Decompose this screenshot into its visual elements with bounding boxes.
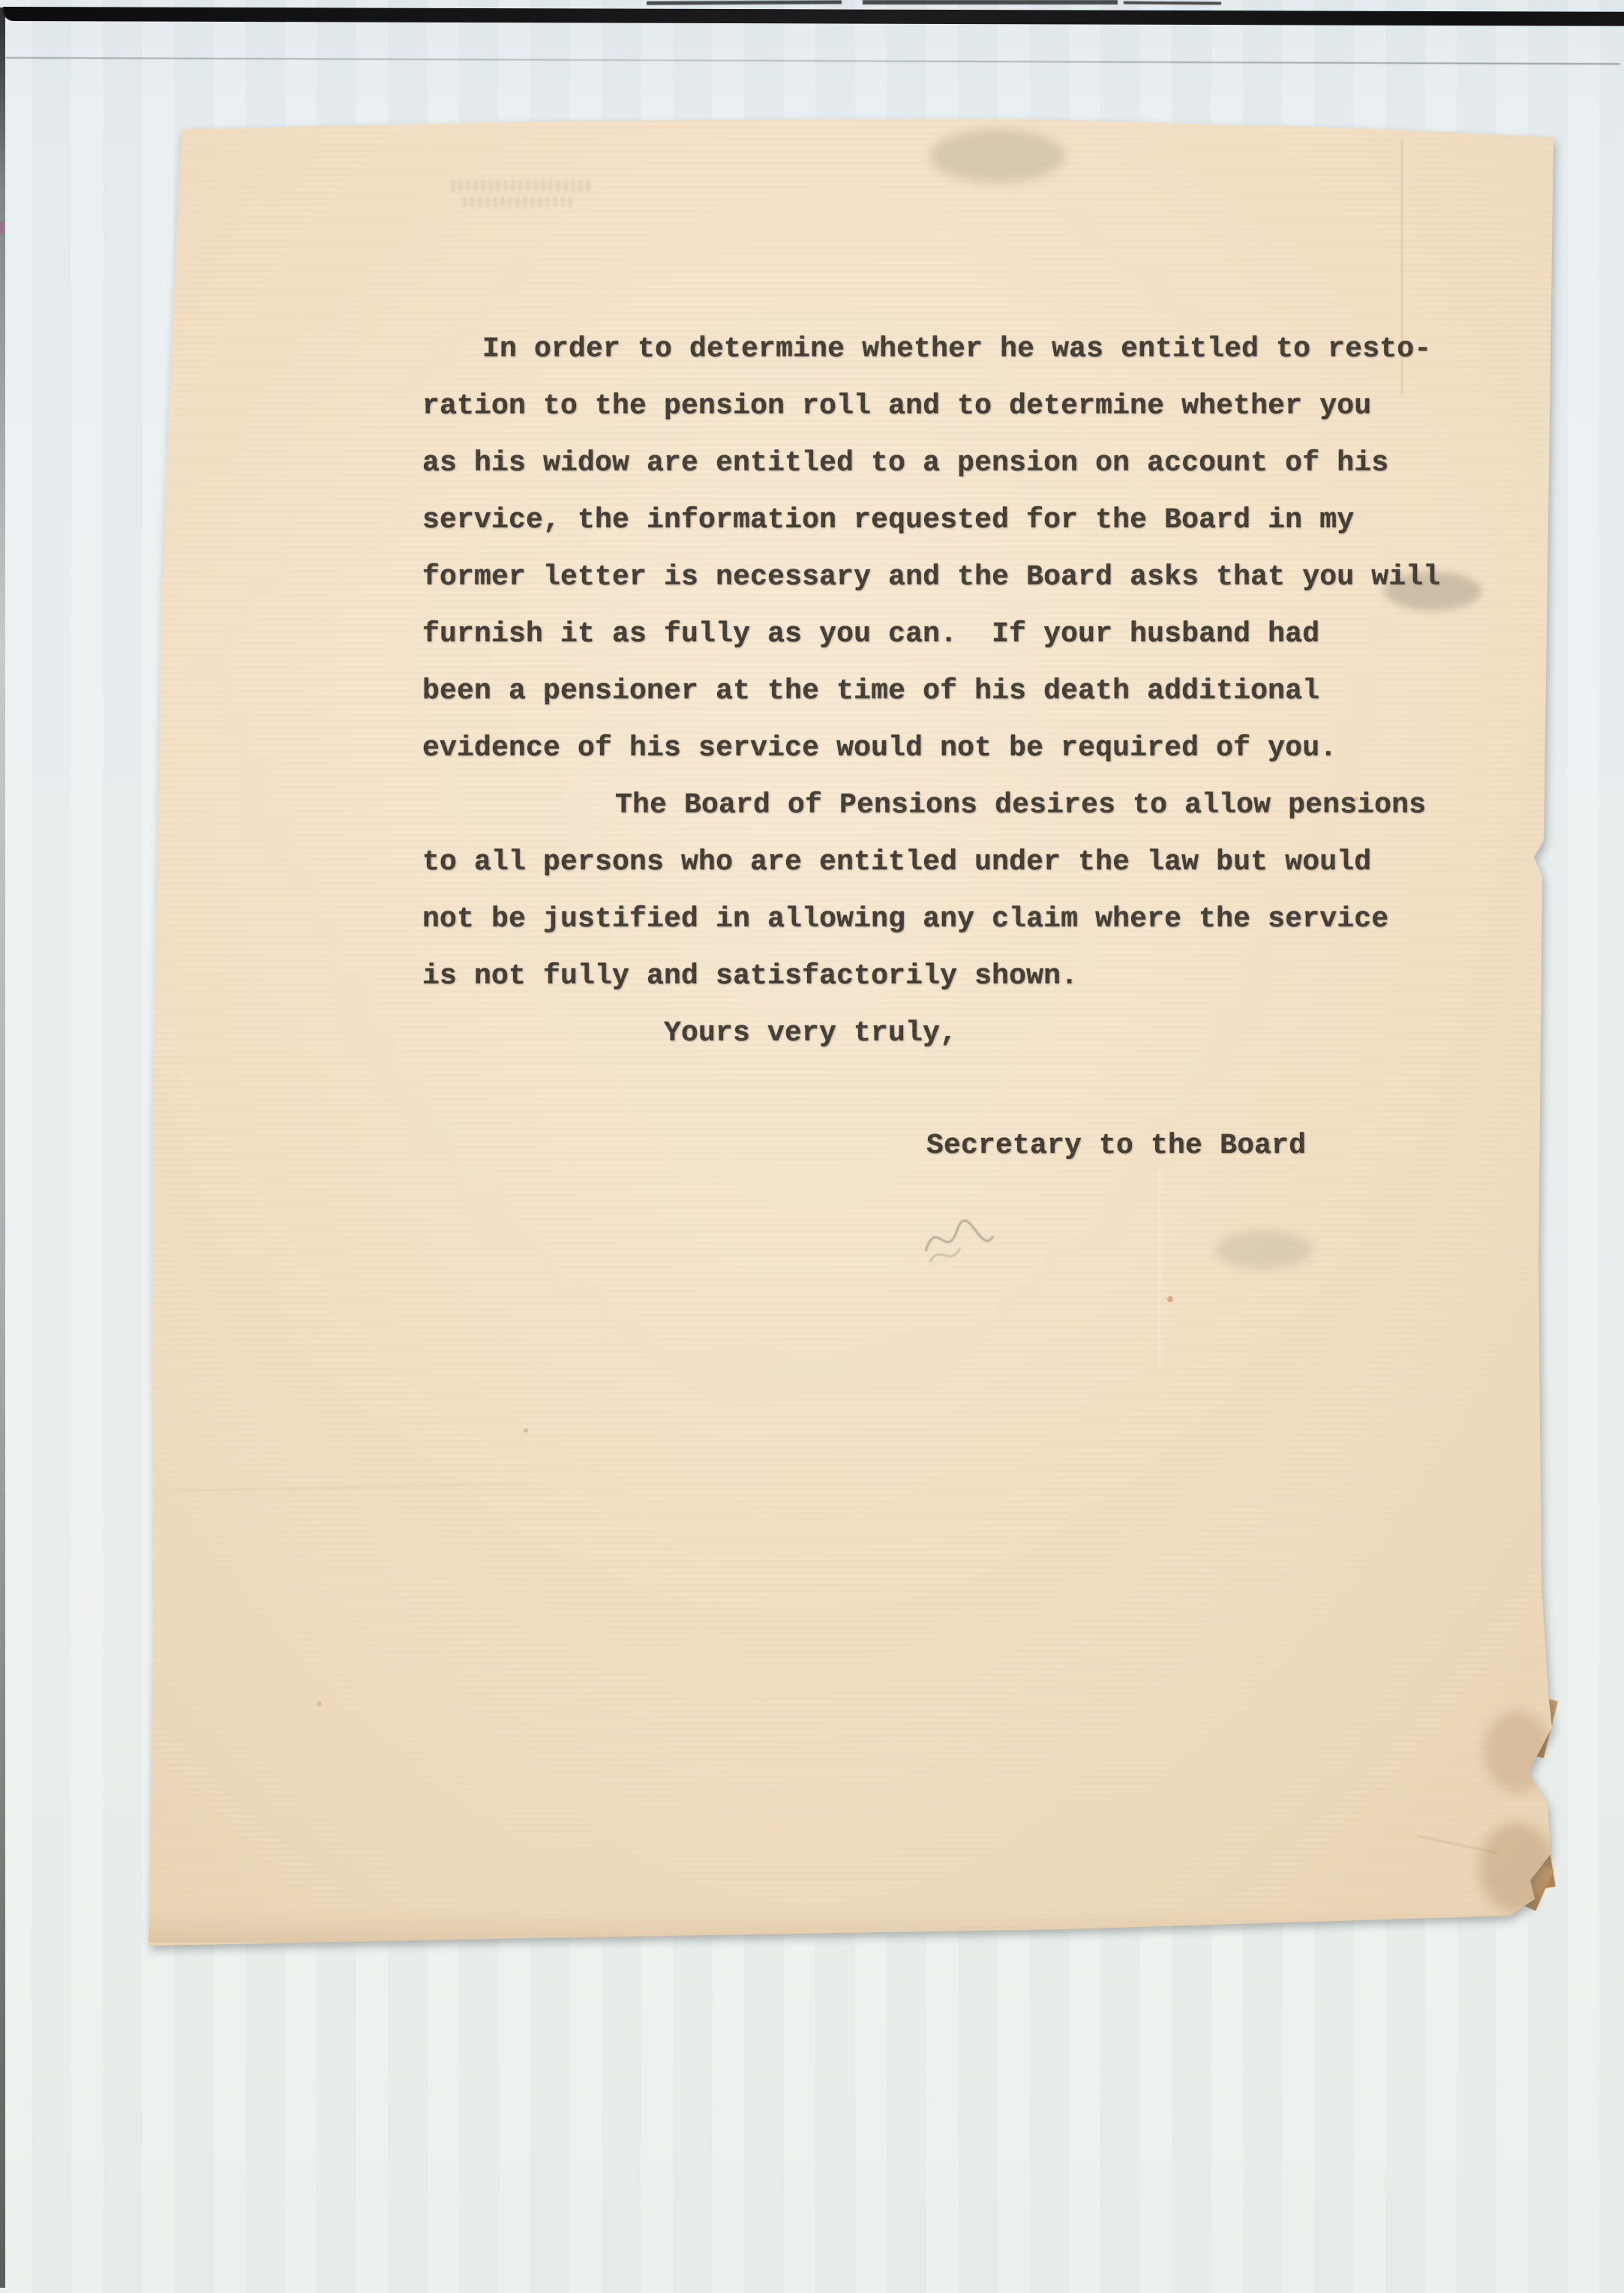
foxing-speck: [1167, 1296, 1173, 1302]
paper-crease: [174, 1483, 527, 1492]
letter-line: as his widow are entitled to a pension o…: [422, 435, 1440, 492]
signature-line: Secretary to the Board: [926, 1130, 1306, 1163]
letter-line: former letter is necessary and the Board…: [422, 549, 1440, 606]
torn-edge-shading: [1484, 1710, 1551, 1793]
bleed-through-ghost-text: [464, 197, 576, 207]
letter-line: evidence of his service would not be req…: [422, 720, 1440, 777]
letter-paper: In order to determine whether he was ent…: [0, 0, 1624, 2293]
letter-line: ration to the pension roll and to determ…: [422, 378, 1440, 435]
paper-crease: [1159, 1170, 1160, 1365]
torn-edge-shading: [1479, 1823, 1554, 1913]
letter-line: been a pensioner at the time of his deat…: [422, 663, 1440, 720]
letter-paper-wrap: In order to determine whether he was ent…: [0, 0, 1624, 2293]
bottom-edge-shading: [149, 1908, 1514, 1943]
letter-line: The Board of Pensions desires to allow p…: [422, 777, 1440, 834]
pencil-scribble: [917, 1202, 1029, 1274]
foxing-speck: [1355, 797, 1358, 800]
scanned-letter-page: { "letter": { "lines": [ "In order to de…: [0, 0, 1624, 2293]
ink-smudge-will: [1384, 572, 1481, 611]
bleed-through-ghost-text: [452, 180, 590, 192]
letter-line: to all persons who are entitled under th…: [422, 834, 1440, 891]
paper-smudge: [930, 129, 1065, 183]
letter-line: furnish it as fully as you can. If your …: [422, 606, 1440, 663]
letter-line: In order to determine whether he was ent…: [422, 321, 1440, 378]
letter-body: In order to determine whether he was ent…: [422, 321, 1440, 1062]
letter-line: not be justified in allowing any claim w…: [422, 891, 1440, 948]
letter-line: service, the information requested for t…: [422, 492, 1440, 549]
foxing-speck: [317, 1701, 322, 1706]
foxing-speck: [524, 1428, 528, 1433]
paper-crease: [1417, 1835, 1498, 1854]
signature-smudge: [1215, 1230, 1313, 1269]
closing-line: Yours very truly,: [422, 1005, 1440, 1062]
paper-crease: [1401, 140, 1403, 395]
letter-line: is not fully and satisfactorily shown.: [422, 948, 1440, 1005]
